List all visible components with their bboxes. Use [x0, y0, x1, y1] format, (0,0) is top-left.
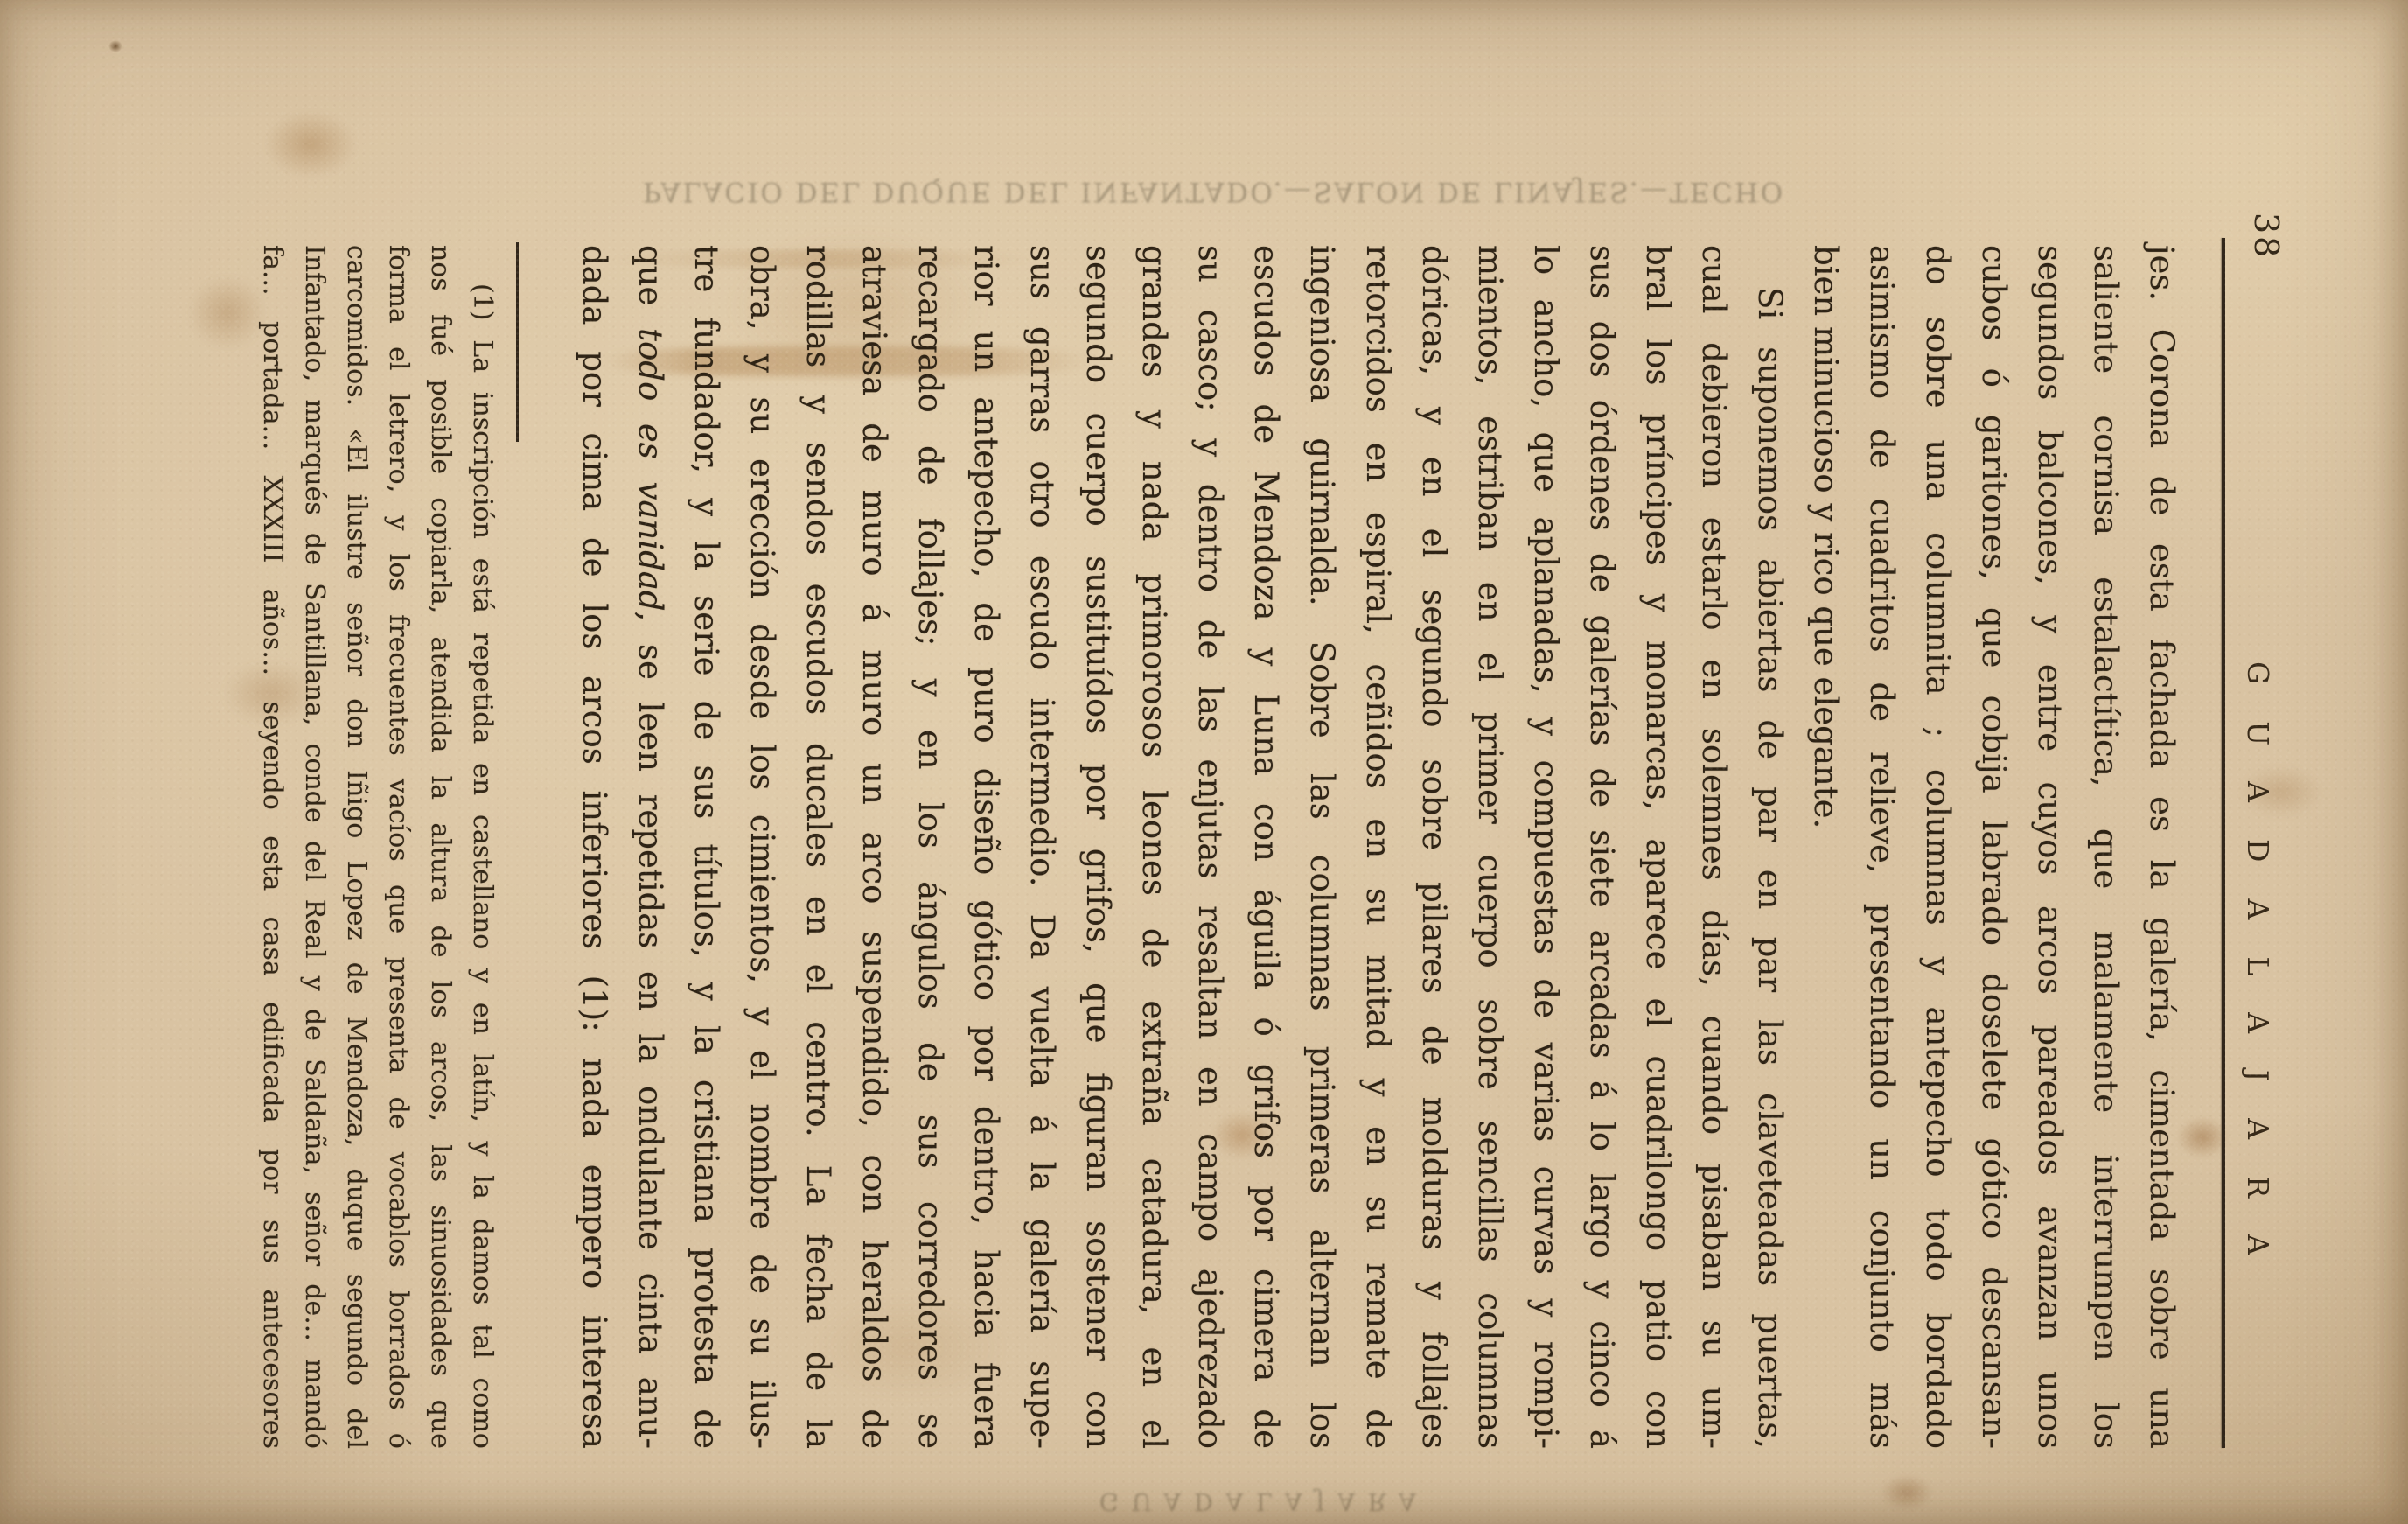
text-line: asimismo de cuadritos de relieve, presen… — [1853, 245, 1909, 1449]
text-line: atraviesa de muro á muro un arco suspend… — [846, 245, 902, 1449]
footnote-block: (1) La inscripción está repetida en cast… — [251, 245, 503, 1449]
header-rule — [2222, 238, 2225, 1448]
text-line: que todo es vanidad, se leen repetidas e… — [622, 245, 678, 1449]
text-line: grandes y nada primorosos leones de extr… — [1126, 245, 1182, 1449]
text-line: bral los príncipes y monarcas, aparece e… — [1630, 245, 1686, 1449]
text-line: sus dos órdenes de galerías de siete arc… — [1574, 245, 1630, 1449]
footnote-rule — [516, 242, 519, 442]
text-line: tre fundador, y la serie de sus títulos,… — [678, 245, 734, 1449]
text-line: bien minucioso y rico que elegante. — [1797, 245, 1853, 1449]
text-line: sus garras otro escudo intermedio. Da vu… — [1014, 245, 1070, 1449]
text-line: do sobre una columnita ; columnas y ante… — [1909, 245, 1965, 1449]
scanned-page-photo: PALACIO DEL DUQUE DEL INFANTADO.—SALON D… — [0, 0, 2408, 1524]
text-line: segundo cuerpo sustituídos por grifos, q… — [1070, 245, 1126, 1449]
footnote-line: fa... portada... XXXIII años... seyendo … — [251, 245, 293, 1449]
text-line: Si suponemos abiertas de par en par las … — [1741, 245, 1797, 1449]
text-line: rodillas y sendos escudos ducales en el … — [790, 245, 846, 1449]
text-line: dóricas, y en el segundo sobre pilares d… — [1406, 245, 1462, 1449]
text-line: saliente cornisa estalactítica, que mala… — [2077, 245, 2133, 1449]
footnote-line: forma el letrero, y los frecuentes vacío… — [377, 245, 419, 1449]
text-line: cual debieron estarlo en solemnes días, … — [1686, 245, 1741, 1449]
text-line: segundos balcones, y entre cuyos arcos p… — [2021, 245, 2077, 1449]
book-page: 38 GUADALAJARA jes. Corona de esta facha… — [0, 0, 2408, 1524]
text-line: escudos de Mendoza y Luna con águila ó g… — [1238, 245, 1294, 1449]
body-text-block: jes. Corona de esta fachada es la galerí… — [566, 245, 2189, 1449]
text-line: lo ancho, que aplanadas, y compuestas de… — [1518, 245, 1574, 1449]
text-line: obra, y su erección desde los cimientos,… — [734, 245, 790, 1449]
page-number: 38 — [2247, 213, 2286, 260]
footnote-line: nos fué posible copiarla, atendida la al… — [419, 245, 461, 1449]
footnote-line: Infantado, marqués de Santillana, conde … — [293, 245, 335, 1449]
text-line: su casco; y dentro de las enjutas resalt… — [1182, 245, 1238, 1449]
text-line: recargado de follajes; y en los ángulos … — [902, 245, 958, 1449]
text-line: cubos ó garitones, que cobija labrado do… — [1965, 245, 2021, 1449]
text-line: rior un antepecho, de puro diseño gótico… — [958, 245, 1014, 1449]
text-line: mientos, estriban en el primer cuerpo so… — [1462, 245, 1518, 1449]
text-line: dada por cima de los arcos inferiores (1… — [566, 245, 622, 1449]
footnote-line: (1) La inscripción está repetida en cast… — [461, 245, 503, 1449]
text-line: retorcidos en espiral, ceñidos en su mit… — [1350, 245, 1406, 1449]
text-line: ingeniosa guirnalda. Sobre las columnas … — [1294, 245, 1350, 1449]
text-line: jes. Corona de esta fachada es la galerí… — [2133, 245, 2189, 1449]
footnote-line: carcomidos. «El ilustre señor don Iñigo … — [335, 245, 377, 1449]
running-head: GUADALAJARA — [2241, 661, 2275, 1292]
